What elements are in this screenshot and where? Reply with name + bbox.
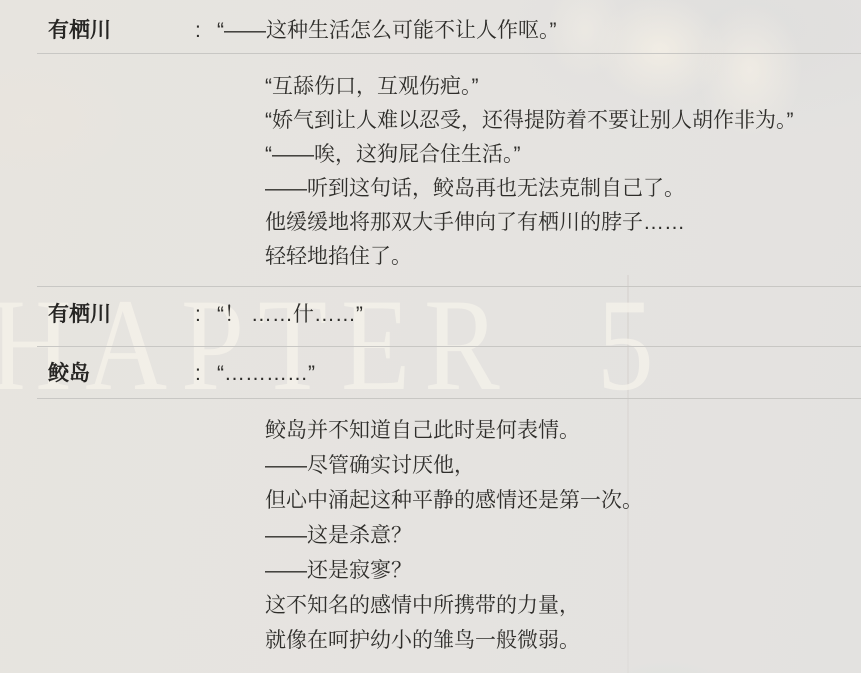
- narration-line: 他缓缓地将那双大手伸向了有栖川的脖子……: [265, 206, 861, 240]
- narration-line: 就像在呵护幼小的雏鸟一般微弱。: [265, 623, 861, 658]
- log-entry: 鲛岛 : “…………”: [0, 362, 861, 386]
- narration-line: ——尽管确实讨厌他，: [265, 448, 861, 483]
- speaker-name: 有栖川: [0, 19, 195, 43]
- narration-line: 轻轻地掐住了。: [265, 240, 861, 274]
- narration-line: ——这是杀意？: [265, 518, 861, 553]
- entry-divider: [37, 53, 861, 54]
- dialogue-line: “…………”: [217, 362, 861, 386]
- narration-block: “互舔伤口，互观伤疤。” “娇气到让人难以忍受，还得提防着不要让别人胡作非为。”…: [0, 70, 861, 274]
- entry-divider: [37, 286, 861, 287]
- narration-line: 但心中涌起这种平静的感情还是第一次。: [265, 483, 861, 518]
- narration-line: ——听到这句话，鲛岛再也无法克制自己了。: [265, 172, 861, 206]
- dialogue-backlog-screen: CHAPTER 5 有栖川 : “——这种生活怎么可能不让人作呕。” “互舔伤口…: [0, 0, 861, 673]
- dialogue-line: “！ ……什……”: [217, 303, 861, 327]
- dialogue-line: “——这种生活怎么可能不让人作呕。”: [217, 19, 861, 43]
- speaker-colon: :: [195, 303, 217, 327]
- narration-block: 鲛岛并不知道自己此时是何表情。 ——尽管确实讨厌他， 但心中涌起这种平静的感情还…: [0, 413, 861, 658]
- log-entry: 有栖川 : “——这种生活怎么可能不让人作呕。”: [0, 19, 861, 43]
- narration-line: 鲛岛并不知道自己此时是何表情。: [265, 413, 861, 448]
- narration-line: 这不知名的感情中所携带的力量，: [265, 588, 861, 623]
- dialogue-log: 有栖川 : “——这种生活怎么可能不让人作呕。” “互舔伤口，互观伤疤。” “娇…: [0, 0, 861, 658]
- entry-divider: [37, 346, 861, 347]
- speaker-name: 鲛岛: [0, 362, 195, 386]
- speaker-colon: :: [195, 19, 217, 43]
- narration-line: “——唉，这狗屁合住生活。”: [265, 138, 861, 172]
- speaker-name: 有栖川: [0, 303, 195, 327]
- speaker-colon: :: [195, 362, 217, 386]
- log-entry: 有栖川 : “！ ……什……”: [0, 303, 861, 327]
- entry-divider: [37, 398, 861, 399]
- narration-line: “娇气到让人难以忍受，还得提防着不要让别人胡作非为。”: [265, 104, 861, 138]
- narration-line: “互舔伤口，互观伤疤。”: [265, 70, 861, 104]
- narration-line: ——还是寂寥？: [265, 553, 861, 588]
